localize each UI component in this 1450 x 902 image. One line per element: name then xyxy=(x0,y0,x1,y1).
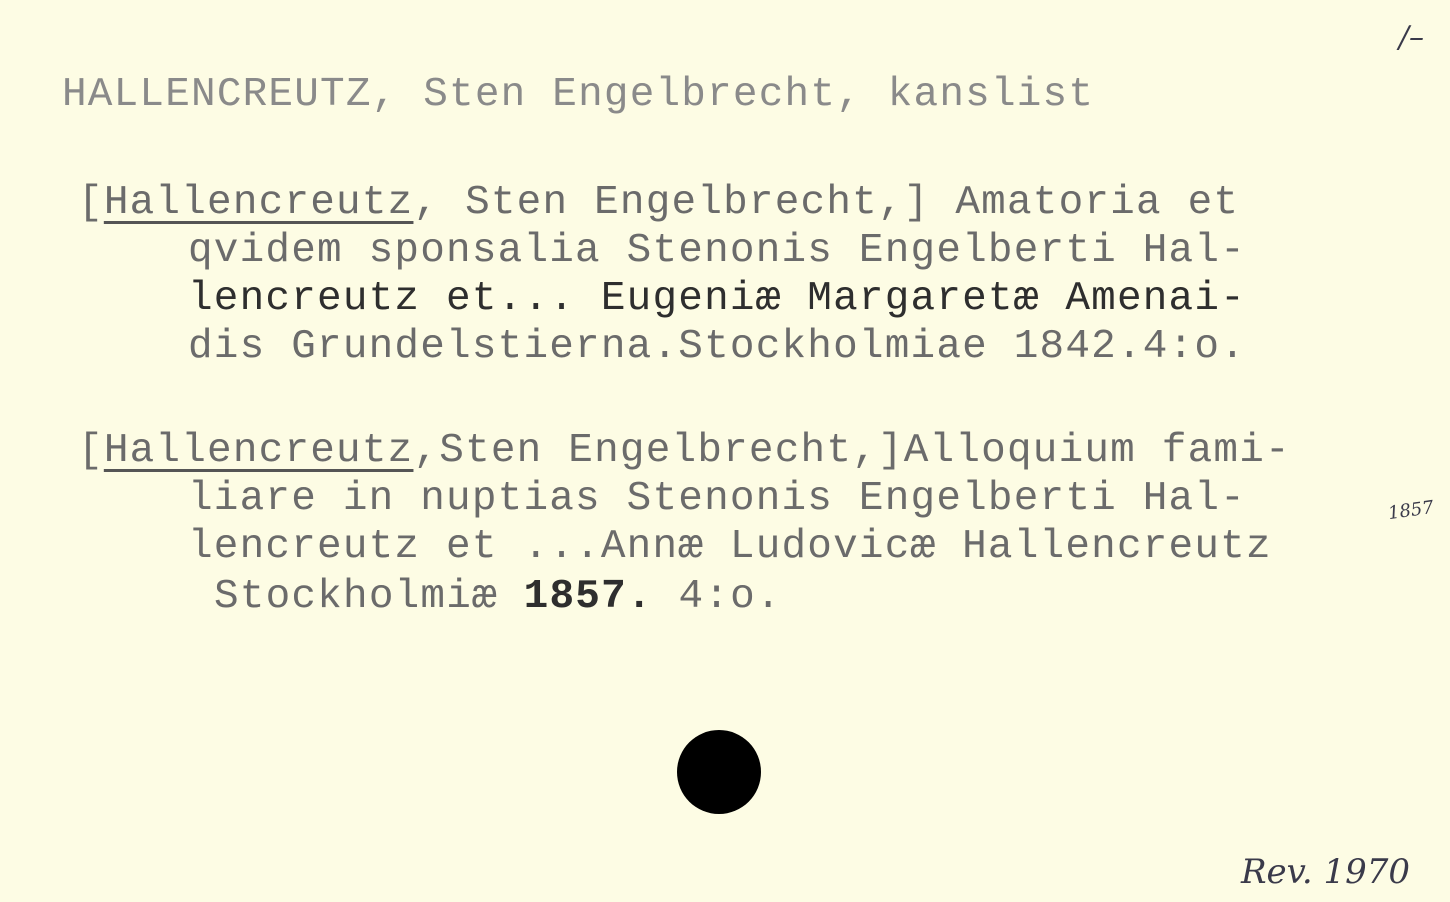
entry-1-line-3: lencreutz et... Eugeniæ Margaretæ Amenai… xyxy=(188,276,1246,322)
entry-1-line-1: [Hallencreutz, Sten Engelbrecht,] Amator… xyxy=(78,180,1239,226)
entry-1-author: Hallencreutz xyxy=(104,180,414,226)
corner-mark: /– xyxy=(1399,20,1424,55)
entry-2-line-3: lencreutz et ...Annæ Ludovicæ Hallencreu… xyxy=(188,524,1272,570)
punch-hole xyxy=(677,730,761,814)
entry-2-author: Hallencreutz xyxy=(104,428,414,474)
entry-2-line-2: liare in nuptias Stenonis Engelberti Hal… xyxy=(188,476,1246,522)
publication-year: 1857. xyxy=(524,574,653,620)
catalog-card: /– HALLENCREUTZ, Sten Engelbrecht, kansl… xyxy=(0,0,1450,902)
entry-2-line-1: [Hallencreutz,Sten Engelbrecht,]Alloquiu… xyxy=(78,428,1291,474)
revision-note: Rev. 1970 xyxy=(1241,852,1410,892)
entry-1-line-2: qvidem sponsalia Stenonis Engelberti Hal… xyxy=(188,228,1246,274)
entry-1-line-4: dis Grundelstierna.Stockholmiae 1842.4:o… xyxy=(188,324,1246,370)
entry-2-line-4: Stockholmiæ 1857. 4:o. xyxy=(214,574,782,620)
margin-note: 1857 xyxy=(1387,497,1435,524)
card-heading: HALLENCREUTZ, Sten Engelbrecht, kanslist xyxy=(62,72,1094,118)
